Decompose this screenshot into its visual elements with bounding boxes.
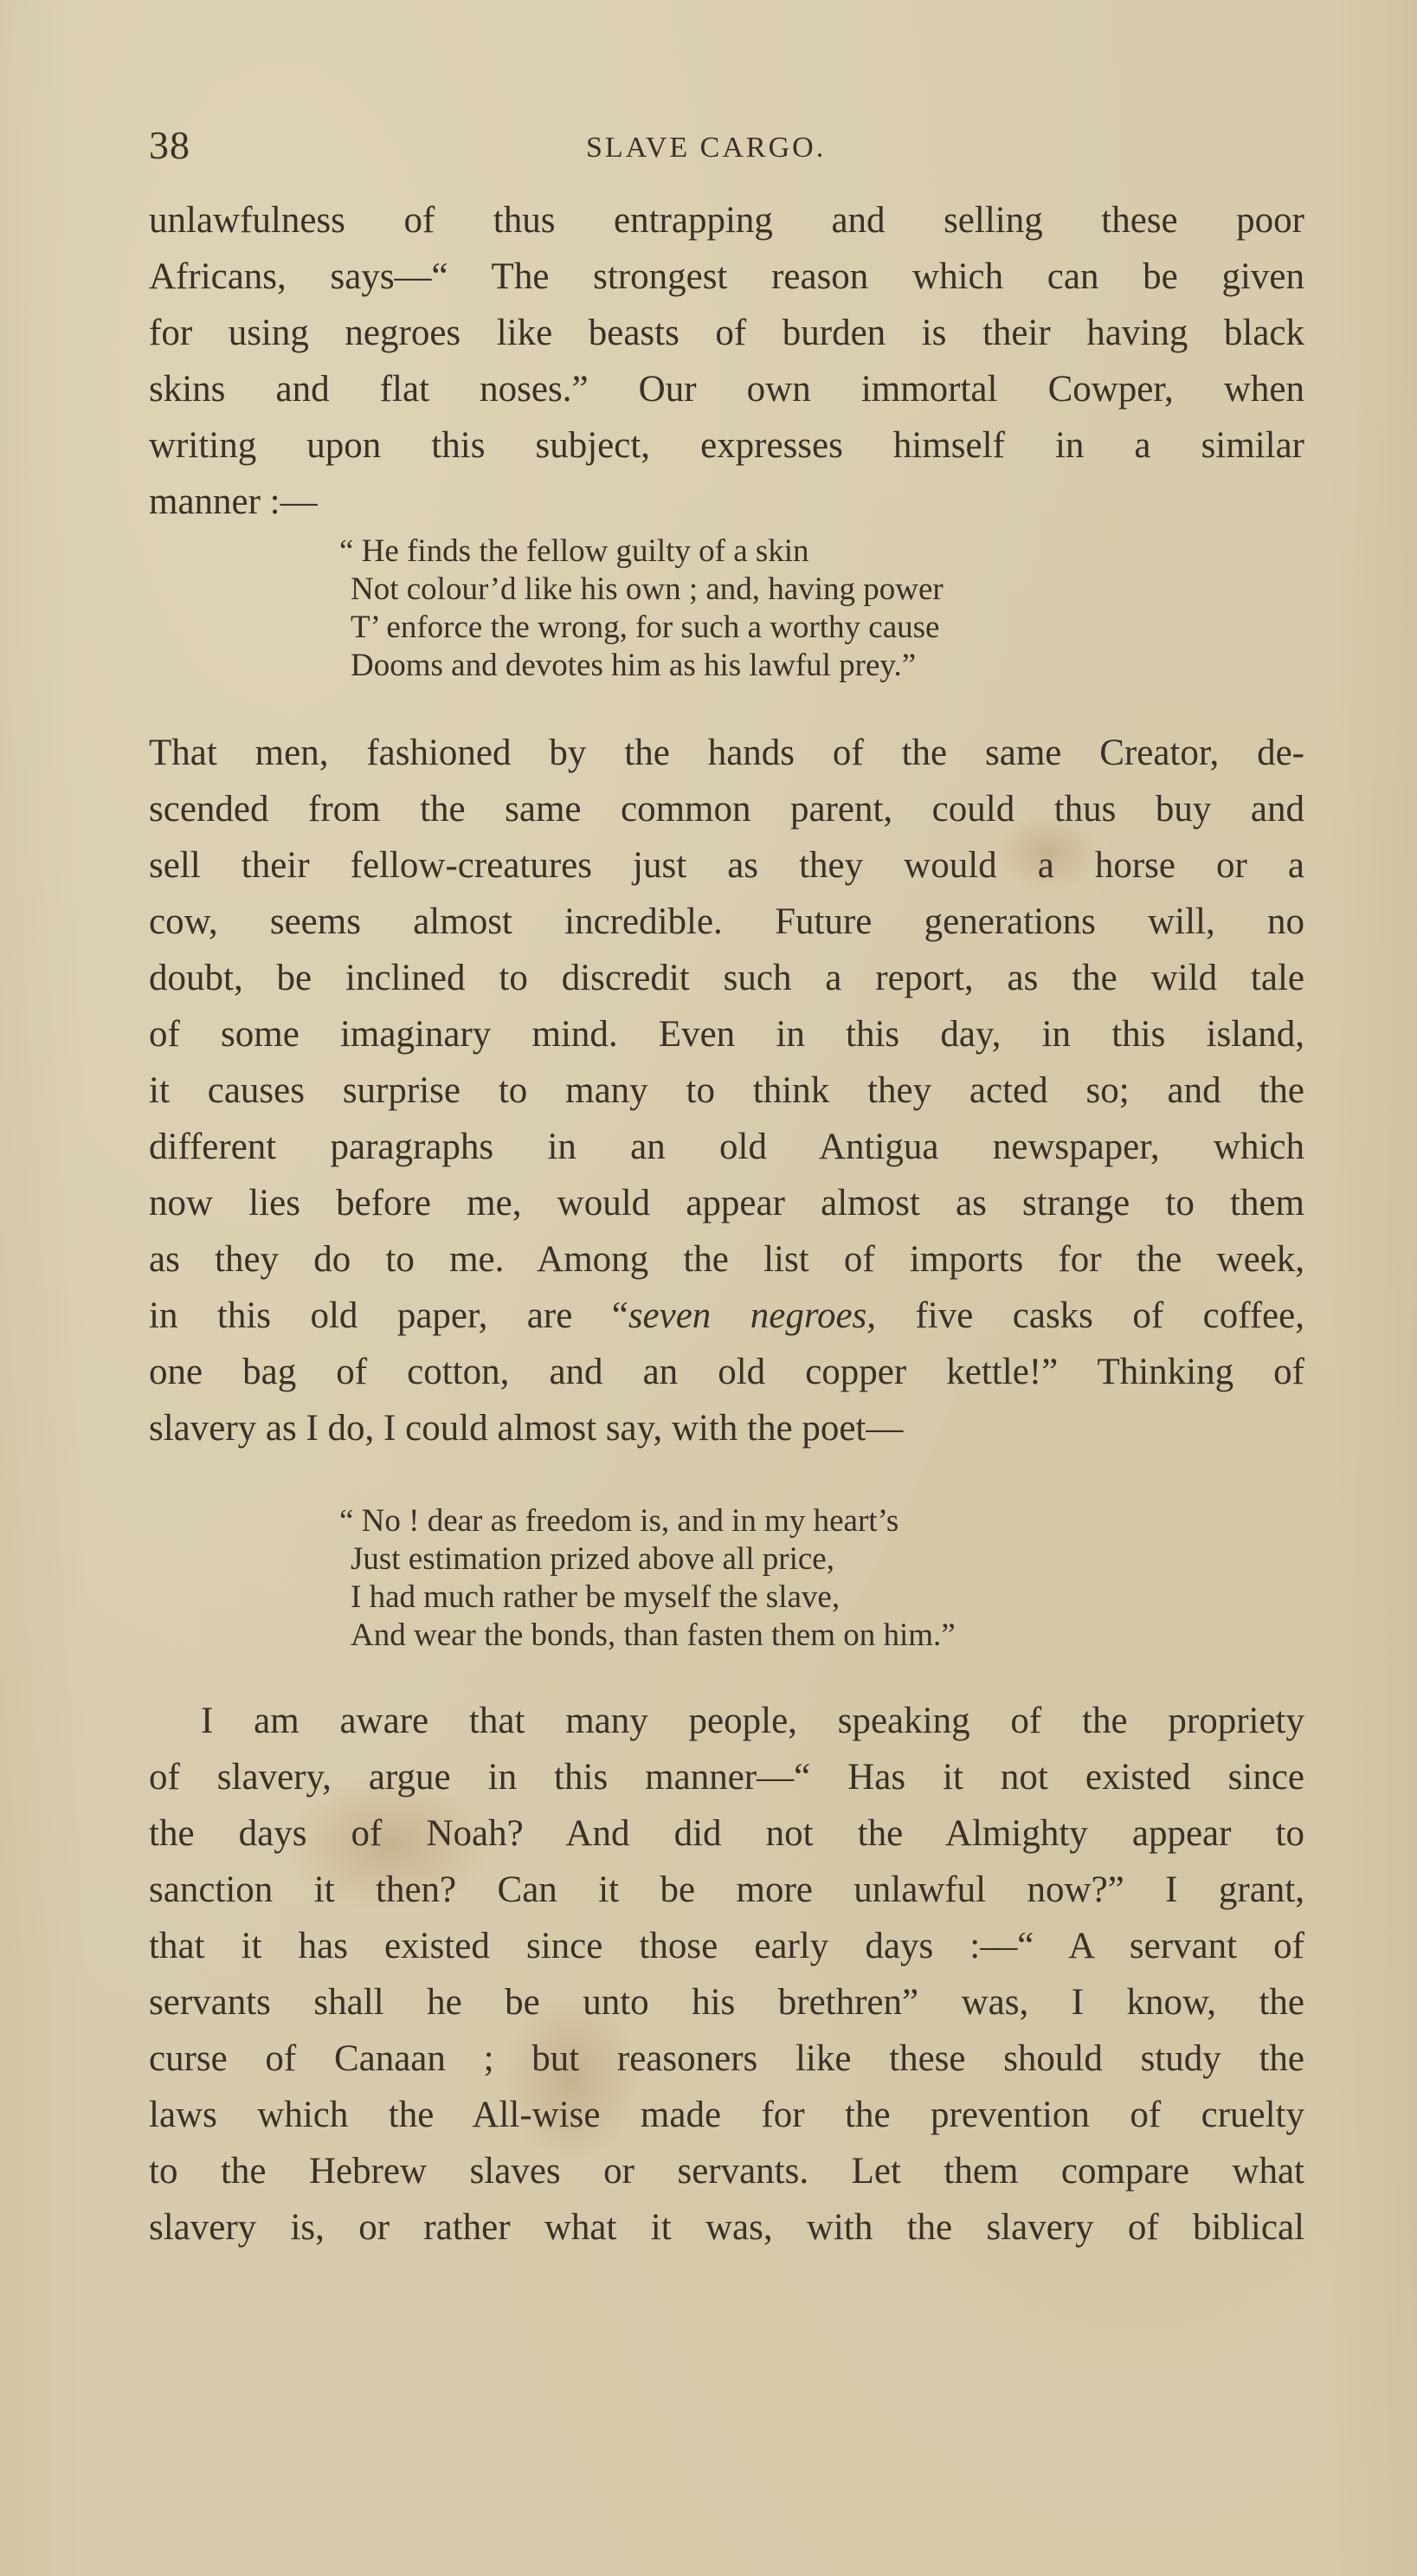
text-line: cow, seems almost incredible. Future gen…: [149, 894, 1304, 950]
text-line: to the Hebrew slaves or servants. Let th…: [149, 2143, 1304, 2199]
text-line: now lies before me, would appear almost …: [149, 1175, 1304, 1231]
paragraph-3: I am aware that many people, speaking of…: [149, 1693, 1304, 2256]
text-fragment: five casks of coffee,: [876, 1295, 1304, 1336]
running-title: SLAVE CARGO.: [586, 126, 826, 170]
text-line: for using negroes like beasts of burden …: [149, 305, 1304, 361]
text-line-with-italic: in this old paper, are “seven negroes, f…: [149, 1288, 1304, 1344]
text-line: writing upon this subject, expresses him…: [149, 417, 1304, 474]
text-line: the days of Noah? And did not the Almigh…: [149, 1805, 1304, 1862]
text-line: sanction it then? Can it be more unlawfu…: [149, 1862, 1304, 1918]
book-page: 38 SLAVE CARGO. unlawfulness of thus ent…: [0, 0, 1417, 2576]
text-line: Africans, says—“ The strongest reason wh…: [149, 249, 1304, 305]
text-line: That men, fashioned by the hands of the …: [149, 725, 1304, 781]
running-head: 38 SLAVE CARGO.: [149, 119, 1304, 171]
verse-quote-cowper: “ He finds the fellow guilty of a skin N…: [339, 533, 944, 685]
verse-line: T’ enforce the wrong, for such a worthy …: [339, 609, 944, 647]
verse-line: “ He finds the fellow guilty of a skin: [339, 533, 944, 571]
text-line: one bag of cotton, and an old copper ket…: [149, 1344, 1304, 1400]
verse-line: Dooms and devotes him as his lawful prey…: [339, 647, 944, 685]
text-line: slavery as I do, I could almost say, wit…: [149, 1400, 1304, 1456]
text-line: of some imaginary mind. Even in this day…: [149, 1006, 1304, 1062]
text-line: sell their fellow-creatures just as they…: [149, 837, 1304, 894]
verse-quote-poet: “ No ! dear as freedom is, and in my hea…: [339, 1502, 956, 1655]
text-line: that it has existed since those early da…: [149, 1918, 1304, 1974]
verse-line: And wear the bonds, than fasten them on …: [339, 1617, 956, 1655]
page-number: 38: [149, 119, 190, 171]
text-line: manner :—: [149, 474, 1304, 530]
verse-line: Not colour’d like his own ; and, having …: [339, 571, 944, 609]
paragraph-2: That men, fashioned by the hands of the …: [149, 725, 1304, 1456]
text-line: laws which the All-wise made for the pre…: [149, 2087, 1304, 2143]
verse-line: “ No ! dear as freedom is, and in my hea…: [339, 1502, 956, 1540]
text-line: slavery is, or rather what it was, with …: [149, 2199, 1304, 2256]
text-line: of slavery, argue in this manner—“ Has i…: [149, 1749, 1304, 1805]
text-line: curse of Canaan ; but reasoners like the…: [149, 2030, 1304, 2087]
paragraph-1: unlawfulness of thus entrapping and sell…: [149, 192, 1304, 530]
italic-phrase: seven negroes,: [628, 1295, 876, 1336]
text-line: different paragraphs in an old Antigua n…: [149, 1119, 1304, 1175]
text-line: scended from the same common parent, cou…: [149, 781, 1304, 837]
text-line: it causes surprise to many to think they…: [149, 1062, 1304, 1119]
verse-line: Just estimation prized above all price,: [339, 1540, 956, 1579]
text-line: as they do to me. Among the list of impo…: [149, 1231, 1304, 1288]
text-fragment: in this old paper, are “: [149, 1295, 628, 1336]
text-line: skins and flat noses.” Our own immortal …: [149, 361, 1304, 417]
text-line: unlawfulness of thus entrapping and sell…: [149, 192, 1304, 249]
text-line: servants shall he be unto his brethren” …: [149, 1974, 1304, 2030]
text-line: doubt, be inclined to discredit such a r…: [149, 950, 1304, 1006]
verse-line: I had much rather be myself the slave,: [339, 1579, 956, 1617]
text-line: I am aware that many people, speaking of…: [149, 1693, 1304, 1749]
